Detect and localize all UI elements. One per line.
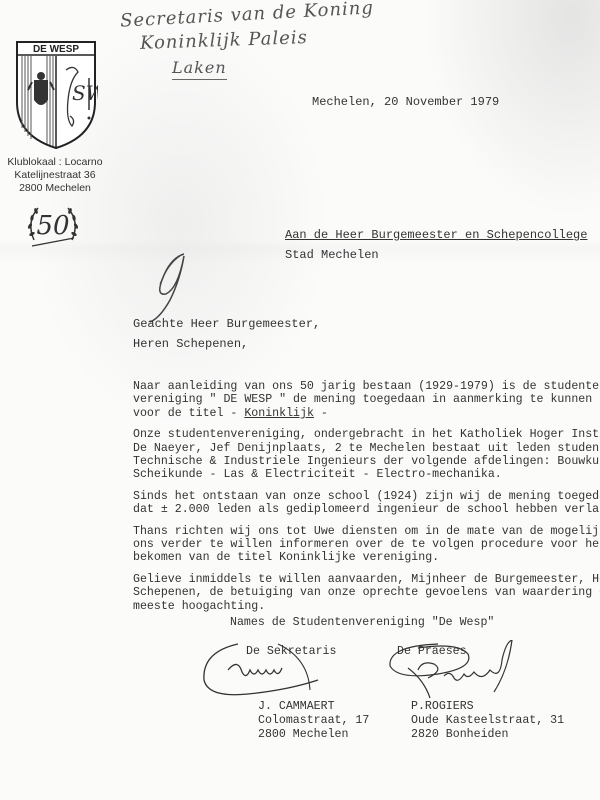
secretary-name: J. CAMMAERT — [258, 700, 335, 713]
jubilee-50-laurel-icon: 50 — [24, 200, 82, 250]
handwritten-address-line2: Koninklijk Paleis — [140, 27, 308, 54]
paragraph-5: Gelieve inmiddels te willen aanvaarden, … — [133, 573, 593, 613]
letter-date: Mechelen, 20 November 1979 — [312, 95, 499, 109]
koninklijk-underlined: Koninklijk — [244, 407, 314, 420]
handwritten-address-line1: Secretaris van de Koning — [120, 0, 375, 32]
president-street: Oude Kasteelstraat, 31 — [411, 714, 564, 727]
de-wesp-crest-logo: DE WESP SW — [14, 40, 98, 150]
paragraph-1: Naar aanleiding van ons 50 jarig bestaan… — [133, 380, 593, 420]
president-address: P.ROGIERS Oude Kasteelstraat, 31 2820 Bo… — [411, 700, 564, 742]
addressee-line1: Aan de Heer Burgemeester en Schepencolle… — [285, 225, 587, 245]
addressee-line2: Stad Mechelen — [285, 245, 587, 265]
secretary-signature — [198, 640, 323, 702]
paragraph-2: Onze studentenvereniging, ondergebracht … — [133, 428, 593, 482]
secretary-street: Colomastraat, 17 — [258, 714, 369, 727]
club-street: Katelijnestraat 36 — [5, 169, 105, 182]
secretary-address: J. CAMMAERT Colomastraat, 17 2800 Mechel… — [258, 700, 369, 742]
svg-text:SW: SW — [72, 81, 98, 105]
salutation-line1: Geachte Heer Burgemeester, — [133, 314, 320, 334]
handwritten-address-line3: Laken — [172, 58, 227, 80]
secretary-city: 2800 Mechelen — [258, 728, 348, 741]
paragraph-4: Thans richten wij ons tot Uwe diensten o… — [133, 525, 593, 565]
closing-line: Names de Studentenvereniging "De Wesp" — [230, 616, 494, 629]
salutation: Geachte Heer Burgemeester, Heren Schepen… — [133, 314, 320, 354]
president-city: 2820 Bonheiden — [411, 728, 508, 741]
club-address: Klublokaal : Locarno Katelijnestraat 36 … — [5, 156, 105, 195]
paragraph-3: Sinds het ontstaan van onze school (1924… — [133, 490, 593, 517]
svg-text:50: 50 — [36, 211, 69, 241]
addressee: Aan de Heer Burgemeester en Schepencolle… — [285, 225, 587, 265]
club-city: 2800 Mechelen — [5, 182, 105, 195]
president-signature — [378, 640, 528, 702]
svg-text:DE WESP: DE WESP — [33, 44, 79, 55]
salutation-line2: Heren Schepenen, — [133, 334, 320, 354]
president-name: P.ROGIERS — [411, 700, 474, 713]
letter-body: Naar aanleiding van ons 50 jarig bestaan… — [133, 380, 593, 621]
club-venue: Klublokaal : Locarno — [5, 156, 105, 169]
